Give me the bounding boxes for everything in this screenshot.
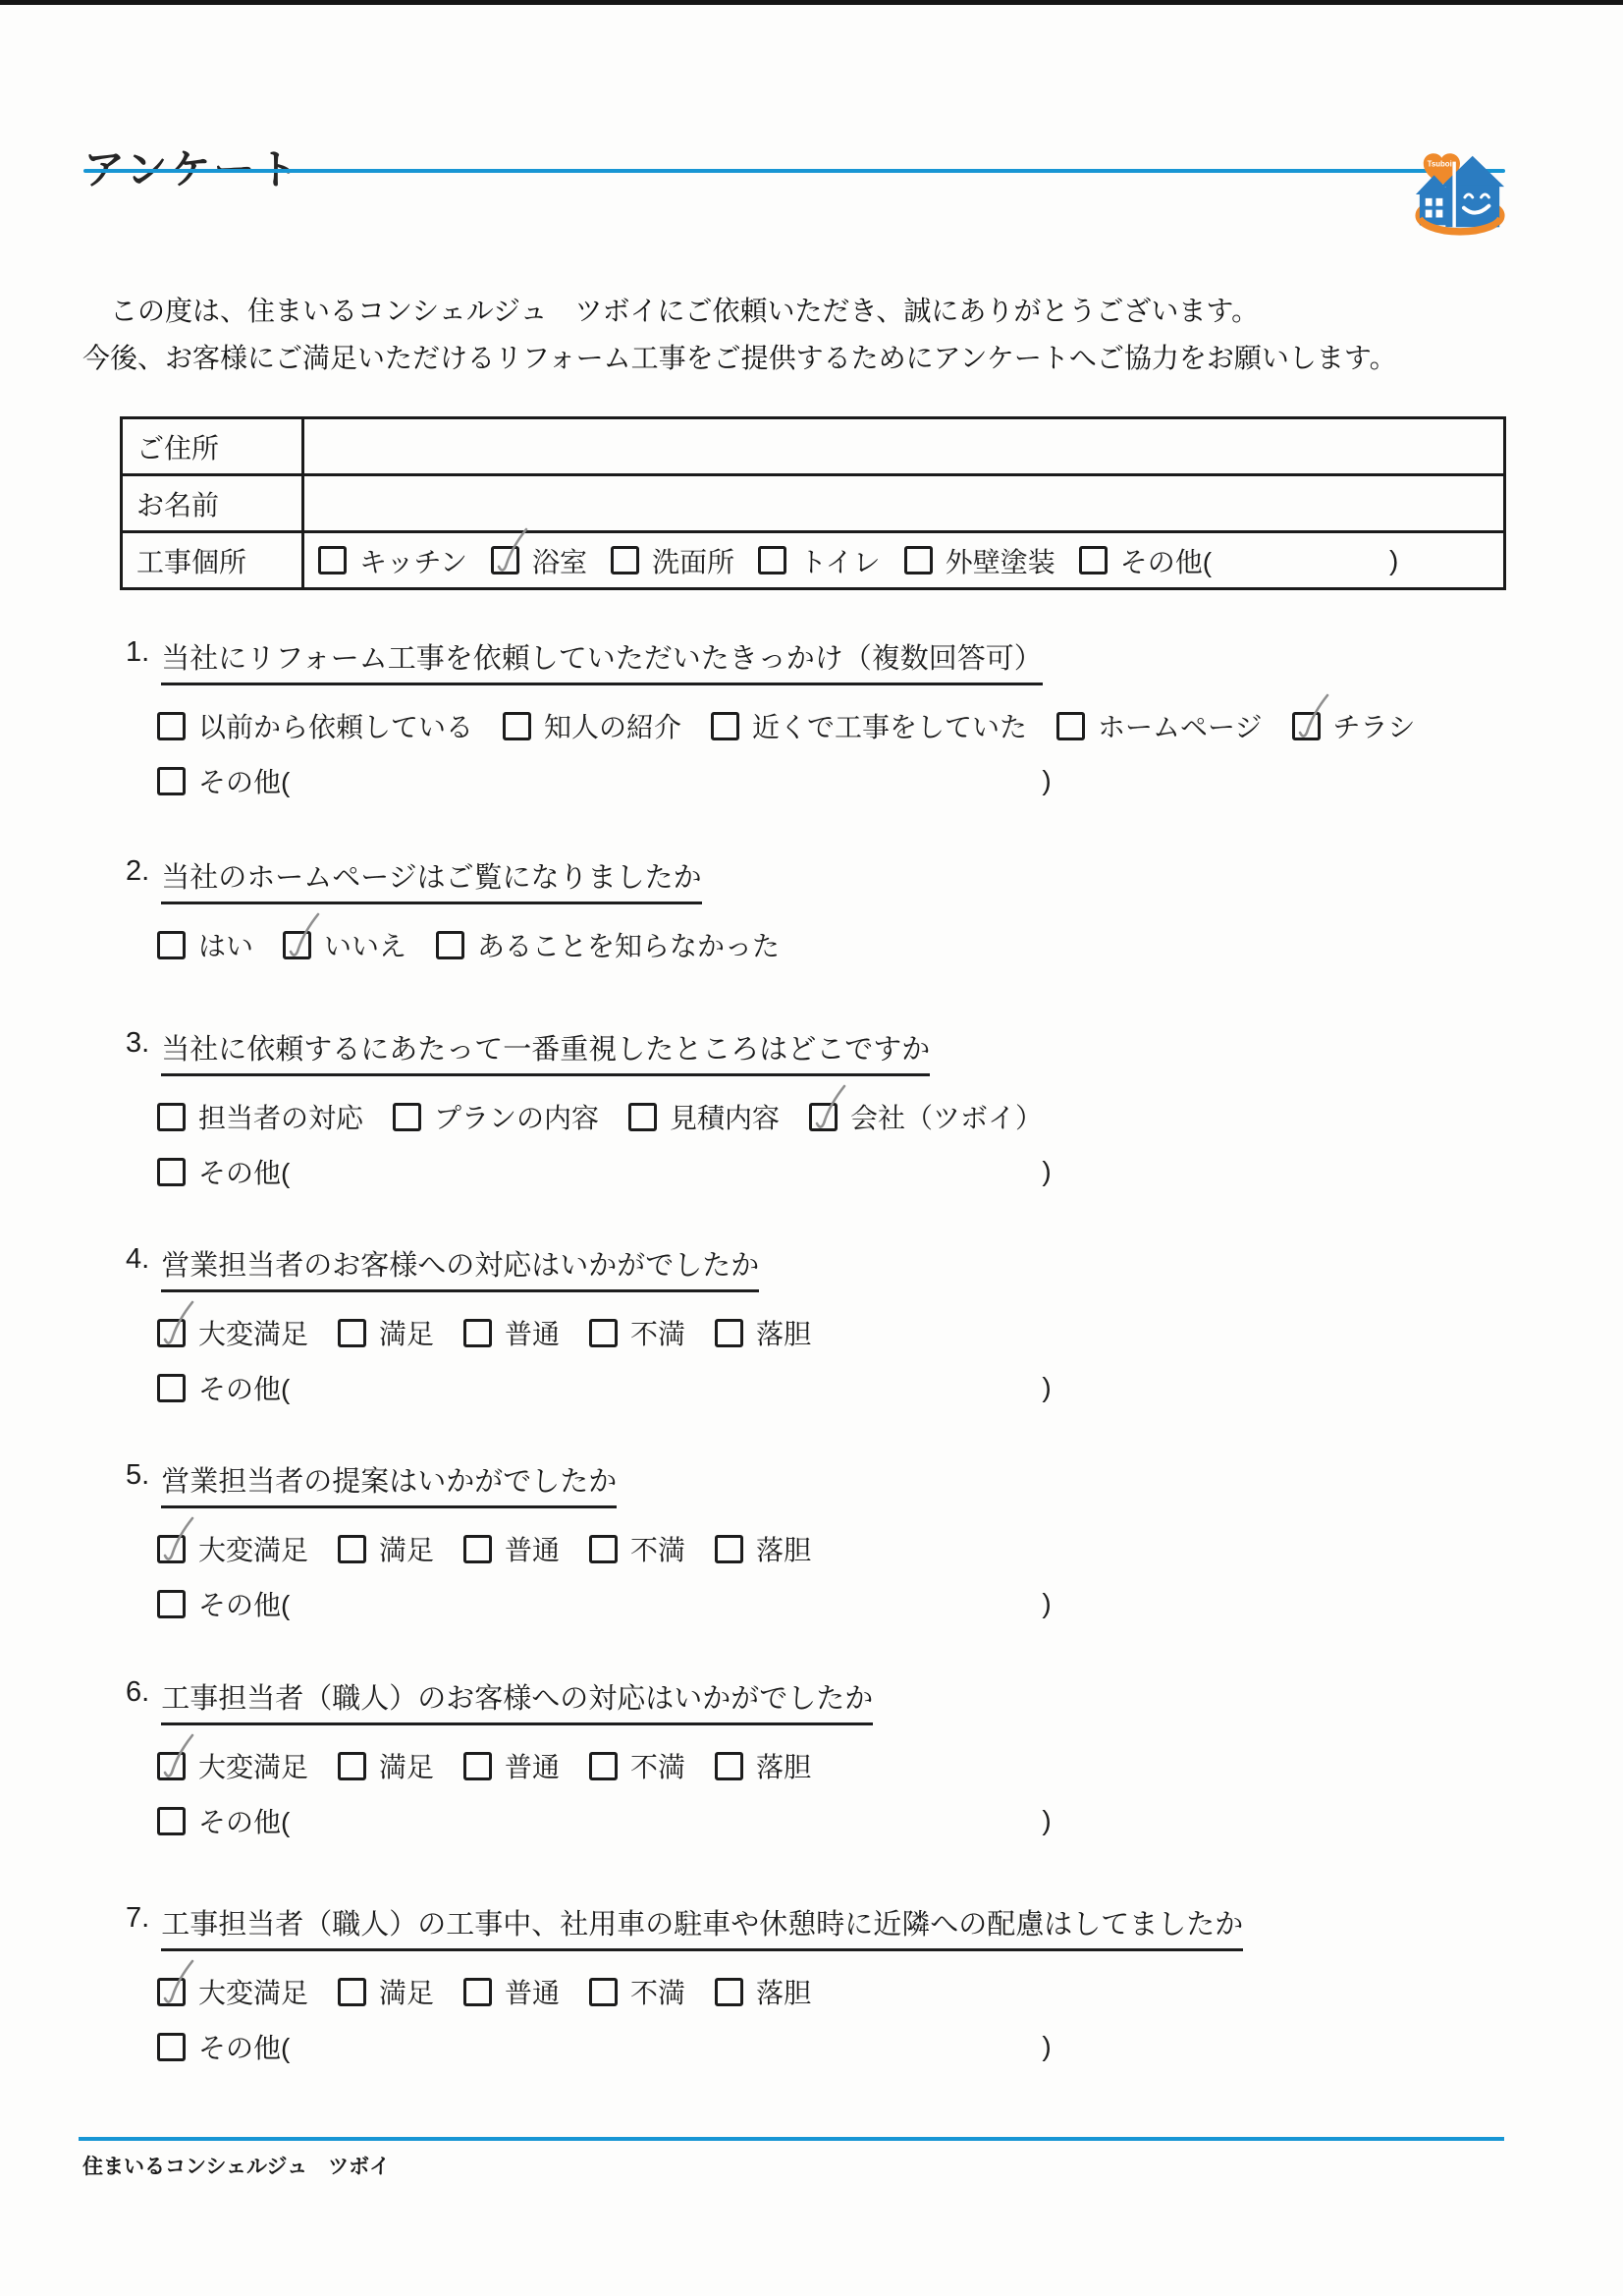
survey-option: あることを知らなかった [436,925,780,964]
work-location-label: 工事個所 [122,532,303,589]
option-label: 大変満足 [198,1529,308,1568]
option-label: その他( [198,1801,290,1840]
checkbox[interactable] [589,1752,618,1780]
checkbox[interactable] [338,1752,366,1780]
survey-option: その他( ) [157,1368,1052,1407]
paren-close: ) [1042,2031,1051,2062]
survey-option: トイレ [758,541,881,580]
survey-option: 満足 [338,1972,434,2011]
question-other-row: その他( ) [157,1584,1540,1623]
table-row: 工事個所 キッチン 浴室 洗面所 [122,532,1505,589]
checkbox[interactable] [338,1535,366,1563]
title-underline [83,169,1505,173]
option-label: チラシ [1333,706,1416,745]
survey-option: その他( ) [157,761,1052,800]
checkbox[interactable] [157,1590,186,1618]
handwritten-check-icon [283,916,322,961]
checkbox[interactable] [157,1374,186,1402]
checkbox[interactable] [338,1319,366,1347]
option-label: 満足 [379,1746,434,1785]
write-in-area[interactable] [302,1157,1029,1186]
question-block: 6. 工事担当者（職人）のお客様への対応はいかがでしたか 大変満足 満足 普通 [126,1676,1540,1840]
survey-option: 落胆 [715,1529,811,1568]
question-block: 3. 当社に依頼するにあたって一番重視したところはどこですか 担当者の対応 プラ… [126,1027,1540,1191]
option-label: 普通 [505,1529,560,1568]
option-label: 落胆 [756,1313,811,1352]
table-row: ご住所 [122,418,1505,475]
handwritten-check-icon [157,1304,196,1349]
checkbox[interactable] [589,1319,618,1347]
survey-option: 落胆 [715,1972,811,2011]
question-title: 営業担当者の提案はいかがでしたか [161,1459,617,1508]
survey-option: キッチン [318,541,467,580]
option-label: はい [198,925,253,964]
table-row: お名前 [122,475,1505,532]
option-label: 大変満足 [198,1972,308,2011]
work-location-options: キッチン 浴室 洗面所 トイレ 外壁塗装 [318,541,1503,580]
checkbox[interactable] [463,1535,492,1563]
question-options: 大変満足 満足 普通 不満 落胆 [157,1529,1540,1568]
checkbox[interactable] [758,546,786,574]
survey-option: チラシ [1292,706,1416,745]
survey-option: 大変満足 [157,1746,308,1785]
survey-option: その他( ) [1079,541,1399,580]
write-in-area[interactable] [302,766,1029,795]
checkbox[interactable] [463,1319,492,1347]
option-label: 見積内容 [670,1097,780,1136]
checkbox[interactable] [491,546,519,574]
option-label: 知人の紹介 [544,706,681,745]
survey-option: 不満 [589,1972,685,2011]
survey-option: ホームページ [1056,706,1262,745]
footer-company-name: 住まいるコンシェルジュ ツボイ [82,2151,390,2180]
survey-option: 普通 [463,1313,560,1352]
option-label: キッチン [359,541,467,580]
question-block: 2. 当社のホームページはご覧になりましたか はい いいえ あることを知らなかっ… [126,855,1540,964]
checkbox[interactable] [157,1807,186,1835]
option-label: その他( [198,1584,290,1623]
page-title: アンケート [83,137,301,196]
paren-close: ) [1042,765,1051,796]
checkbox[interactable] [715,1752,743,1780]
checkbox[interactable] [503,712,531,740]
option-label: 以前から依頼している [198,706,473,745]
option-label: 落胆 [756,1746,811,1785]
option-label: 満足 [379,1972,434,2011]
survey-option: その他( ) [157,1152,1052,1191]
address-label: ご住所 [122,418,303,475]
question-block: 4. 営業担当者のお客様への対応はいかがでしたか 大変満足 満足 普通 [126,1243,1540,1407]
paren-close: ) [1042,1588,1051,1619]
question-options: はい いいえ あることを知らなかった [157,925,1540,964]
checkbox[interactable] [283,931,311,959]
checkbox[interactable] [1292,712,1321,740]
checkbox[interactable] [157,1319,186,1347]
company-logo: Tsuboi [1412,141,1508,244]
survey-option: その他( ) [157,1584,1052,1623]
survey-option: その他( ) [157,1801,1052,1840]
handwritten-check-icon [157,1737,196,1782]
survey-option: プランの内容 [393,1097,599,1136]
survey-option: 不満 [589,1746,685,1785]
survey-option: 不満 [589,1313,685,1352]
checkbox[interactable] [611,546,639,574]
checkbox[interactable] [589,1978,618,2006]
survey-option: 以前から依頼している [157,706,473,745]
checkbox[interactable] [589,1535,618,1563]
logo-heart-text: Tsuboi [1428,160,1452,169]
checkbox[interactable] [463,1752,492,1780]
checkbox[interactable] [628,1103,657,1131]
customer-info-table: ご住所 お名前 工事個所 キッチン 浴室 [120,416,1506,590]
option-label: あることを知らなかった [477,925,780,964]
option-label: 落胆 [756,1529,811,1568]
footer-rule [79,2137,1504,2141]
survey-page: アンケート Tsuboi [0,0,1623,2296]
option-label: 普通 [505,1313,560,1352]
survey-option: 普通 [463,1746,560,1785]
question-number: 5. [126,1459,149,1492]
write-in-area[interactable] [1224,546,1377,575]
option-label: 普通 [505,1746,560,1785]
question-other-row: その他( ) [157,1801,1540,1840]
checkbox[interactable] [157,1158,186,1186]
option-label: 会社（ツボイ） [850,1097,1043,1136]
question-title: 工事担当者（職人）のお客様への対応はいかがでしたか [161,1676,873,1725]
survey-option: 外壁塗装 [904,541,1055,580]
question-other-row: その他( ) [157,1152,1540,1191]
question-other-row: その他( ) [157,761,1540,800]
option-label: 大変満足 [198,1746,308,1785]
question-options: 担当者の対応 プランの内容 見積内容 会社（ツボイ） [157,1097,1540,1136]
checkbox[interactable] [157,1535,186,1563]
survey-option: 会社（ツボイ） [809,1097,1043,1136]
checkbox[interactable] [318,546,347,574]
question-title: 工事担当者（職人）の工事中、社用車の駐車や休憩時に近隣への配慮はしてましたか [161,1902,1243,1951]
option-label: その他( [198,1152,290,1191]
handwritten-check-icon [491,531,530,576]
write-in-area[interactable] [302,1373,1029,1402]
option-label: 不満 [630,1529,685,1568]
question-title: 当社に依頼するにあたって一番重視したところはどこですか [161,1027,930,1076]
paren-close: ) [1389,545,1398,576]
paren-close: ) [1042,1805,1051,1836]
intro-line-1: この度は、住まいるコンシェルジュ ツボイにご依頼いただき、誠にありがとうございま… [82,295,1555,328]
survey-option: 浴室 [491,541,587,580]
question-block: 1. 当社にリフォーム工事を依頼していただいたきっかけ（複数回答可） 以前から依… [126,636,1540,800]
checkbox[interactable] [157,1752,186,1780]
checkbox[interactable] [809,1103,838,1131]
option-label: 落胆 [756,1972,811,2011]
handwritten-check-icon [157,1963,196,2008]
survey-option: はい [157,925,253,964]
handwritten-check-icon [1292,697,1331,742]
handwritten-check-icon [809,1088,848,1133]
checkbox[interactable] [904,546,933,574]
checkbox[interactable] [463,1978,492,2006]
question-options: 以前から依頼している 知人の紹介 近くで工事をしていた ホームページ [157,706,1540,745]
question-options: 大変満足 満足 普通 不満 落胆 [157,1972,1540,2011]
survey-option: 満足 [338,1313,434,1352]
survey-option: 洗面所 [611,541,734,580]
question-number: 4. [126,1243,149,1276]
write-in-area[interactable] [302,1589,1029,1618]
survey-option: 大変満足 [157,1313,308,1352]
question-number: 1. [126,636,149,669]
name-input-area[interactable] [303,475,1505,532]
checkbox[interactable] [338,1978,366,2006]
checkbox[interactable] [1079,546,1108,574]
survey-option: 大変満足 [157,1972,308,2011]
survey-option: 落胆 [715,1746,811,1785]
name-label: お名前 [122,475,303,532]
question-block: 7. 工事担当者（職人）の工事中、社用車の駐車や休憩時に近隣への配慮はしてました… [126,1902,1540,2066]
question-other-row: その他( ) [157,2027,1540,2066]
checkbox[interactable] [715,1978,743,2006]
option-label: トイレ [799,541,881,580]
question-number: 7. [126,1902,149,1935]
option-label: 大変満足 [198,1313,308,1352]
checkbox[interactable] [715,1319,743,1347]
option-label: 不満 [630,1972,685,2011]
checkbox[interactable] [157,1103,186,1131]
checkbox[interactable] [393,1103,421,1131]
option-label: 不満 [630,1313,685,1352]
question-options: 大変満足 満足 普通 不満 落胆 [157,1746,1540,1785]
option-label: いいえ [324,925,406,964]
checkbox[interactable] [157,931,186,959]
checkbox[interactable] [157,1978,186,2006]
handwritten-check-icon [157,1520,196,1565]
question-title: 当社にリフォーム工事を依頼していただいたきっかけ（複数回答可） [161,636,1043,685]
survey-option: 大変満足 [157,1529,308,1568]
survey-option: 見積内容 [628,1097,780,1136]
intro-line-2: 今後、お客様にご満足いただけるリフォーム工事をご提供するためにアンケートへご協力… [82,342,1555,375]
option-label: 満足 [379,1529,434,1568]
survey-option: その他( ) [157,2027,1052,2066]
option-label: 外壁塗装 [946,541,1055,580]
scan-edge-artifact [0,0,1623,5]
write-in-area[interactable] [302,1806,1029,1835]
question-number: 2. [126,855,149,888]
option-label: プランの内容 [434,1097,599,1136]
checkbox[interactable] [715,1535,743,1563]
question-title: 当社のホームページはご覧になりましたか [161,855,701,904]
checkbox[interactable] [711,712,739,740]
option-label: その他( [198,1368,290,1407]
paren-close: ) [1042,1372,1051,1403]
checkbox[interactable] [436,931,464,959]
checkbox[interactable] [157,767,186,795]
option-label: その他( [198,761,290,800]
option-label: 普通 [505,1972,560,2011]
question-options: 大変満足 満足 普通 不満 落胆 [157,1313,1540,1352]
house-logo-icon: Tsuboi [1412,141,1508,244]
question-title: 営業担当者のお客様への対応はいかがでしたか [161,1243,759,1292]
question-number: 6. [126,1676,149,1709]
checkbox[interactable] [157,2033,186,2061]
question-block: 5. 営業担当者の提案はいかがでしたか 大変満足 満足 普通 [126,1459,1540,1623]
option-label: ホームページ [1098,706,1262,745]
question-number: 3. [126,1027,149,1060]
option-label: 浴室 [532,541,587,580]
survey-option: 満足 [338,1529,434,1568]
option-label: 満足 [379,1313,434,1352]
write-in-area[interactable] [302,2032,1029,2061]
checkbox[interactable] [1056,712,1085,740]
option-label: 不満 [630,1746,685,1785]
checkbox[interactable] [157,712,186,740]
option-label: 近くで工事をしていた [752,706,1027,745]
survey-option: 担当者の対応 [157,1097,363,1136]
option-label: その他( [198,2027,290,2066]
question-other-row: その他( ) [157,1368,1540,1407]
survey-option: 近くで工事をしていた [711,706,1027,745]
survey-option: 普通 [463,1529,560,1568]
option-label: その他( [1120,541,1212,580]
survey-option: 普通 [463,1972,560,2011]
option-label: 洗面所 [652,541,734,580]
survey-option: 落胆 [715,1313,811,1352]
survey-option: 満足 [338,1746,434,1785]
survey-option: いいえ [283,925,406,964]
paren-close: ) [1042,1156,1051,1187]
option-label: 担当者の対応 [198,1097,363,1136]
survey-option: 知人の紹介 [503,706,681,745]
address-input-area[interactable] [303,418,1505,475]
survey-option: 不満 [589,1529,685,1568]
